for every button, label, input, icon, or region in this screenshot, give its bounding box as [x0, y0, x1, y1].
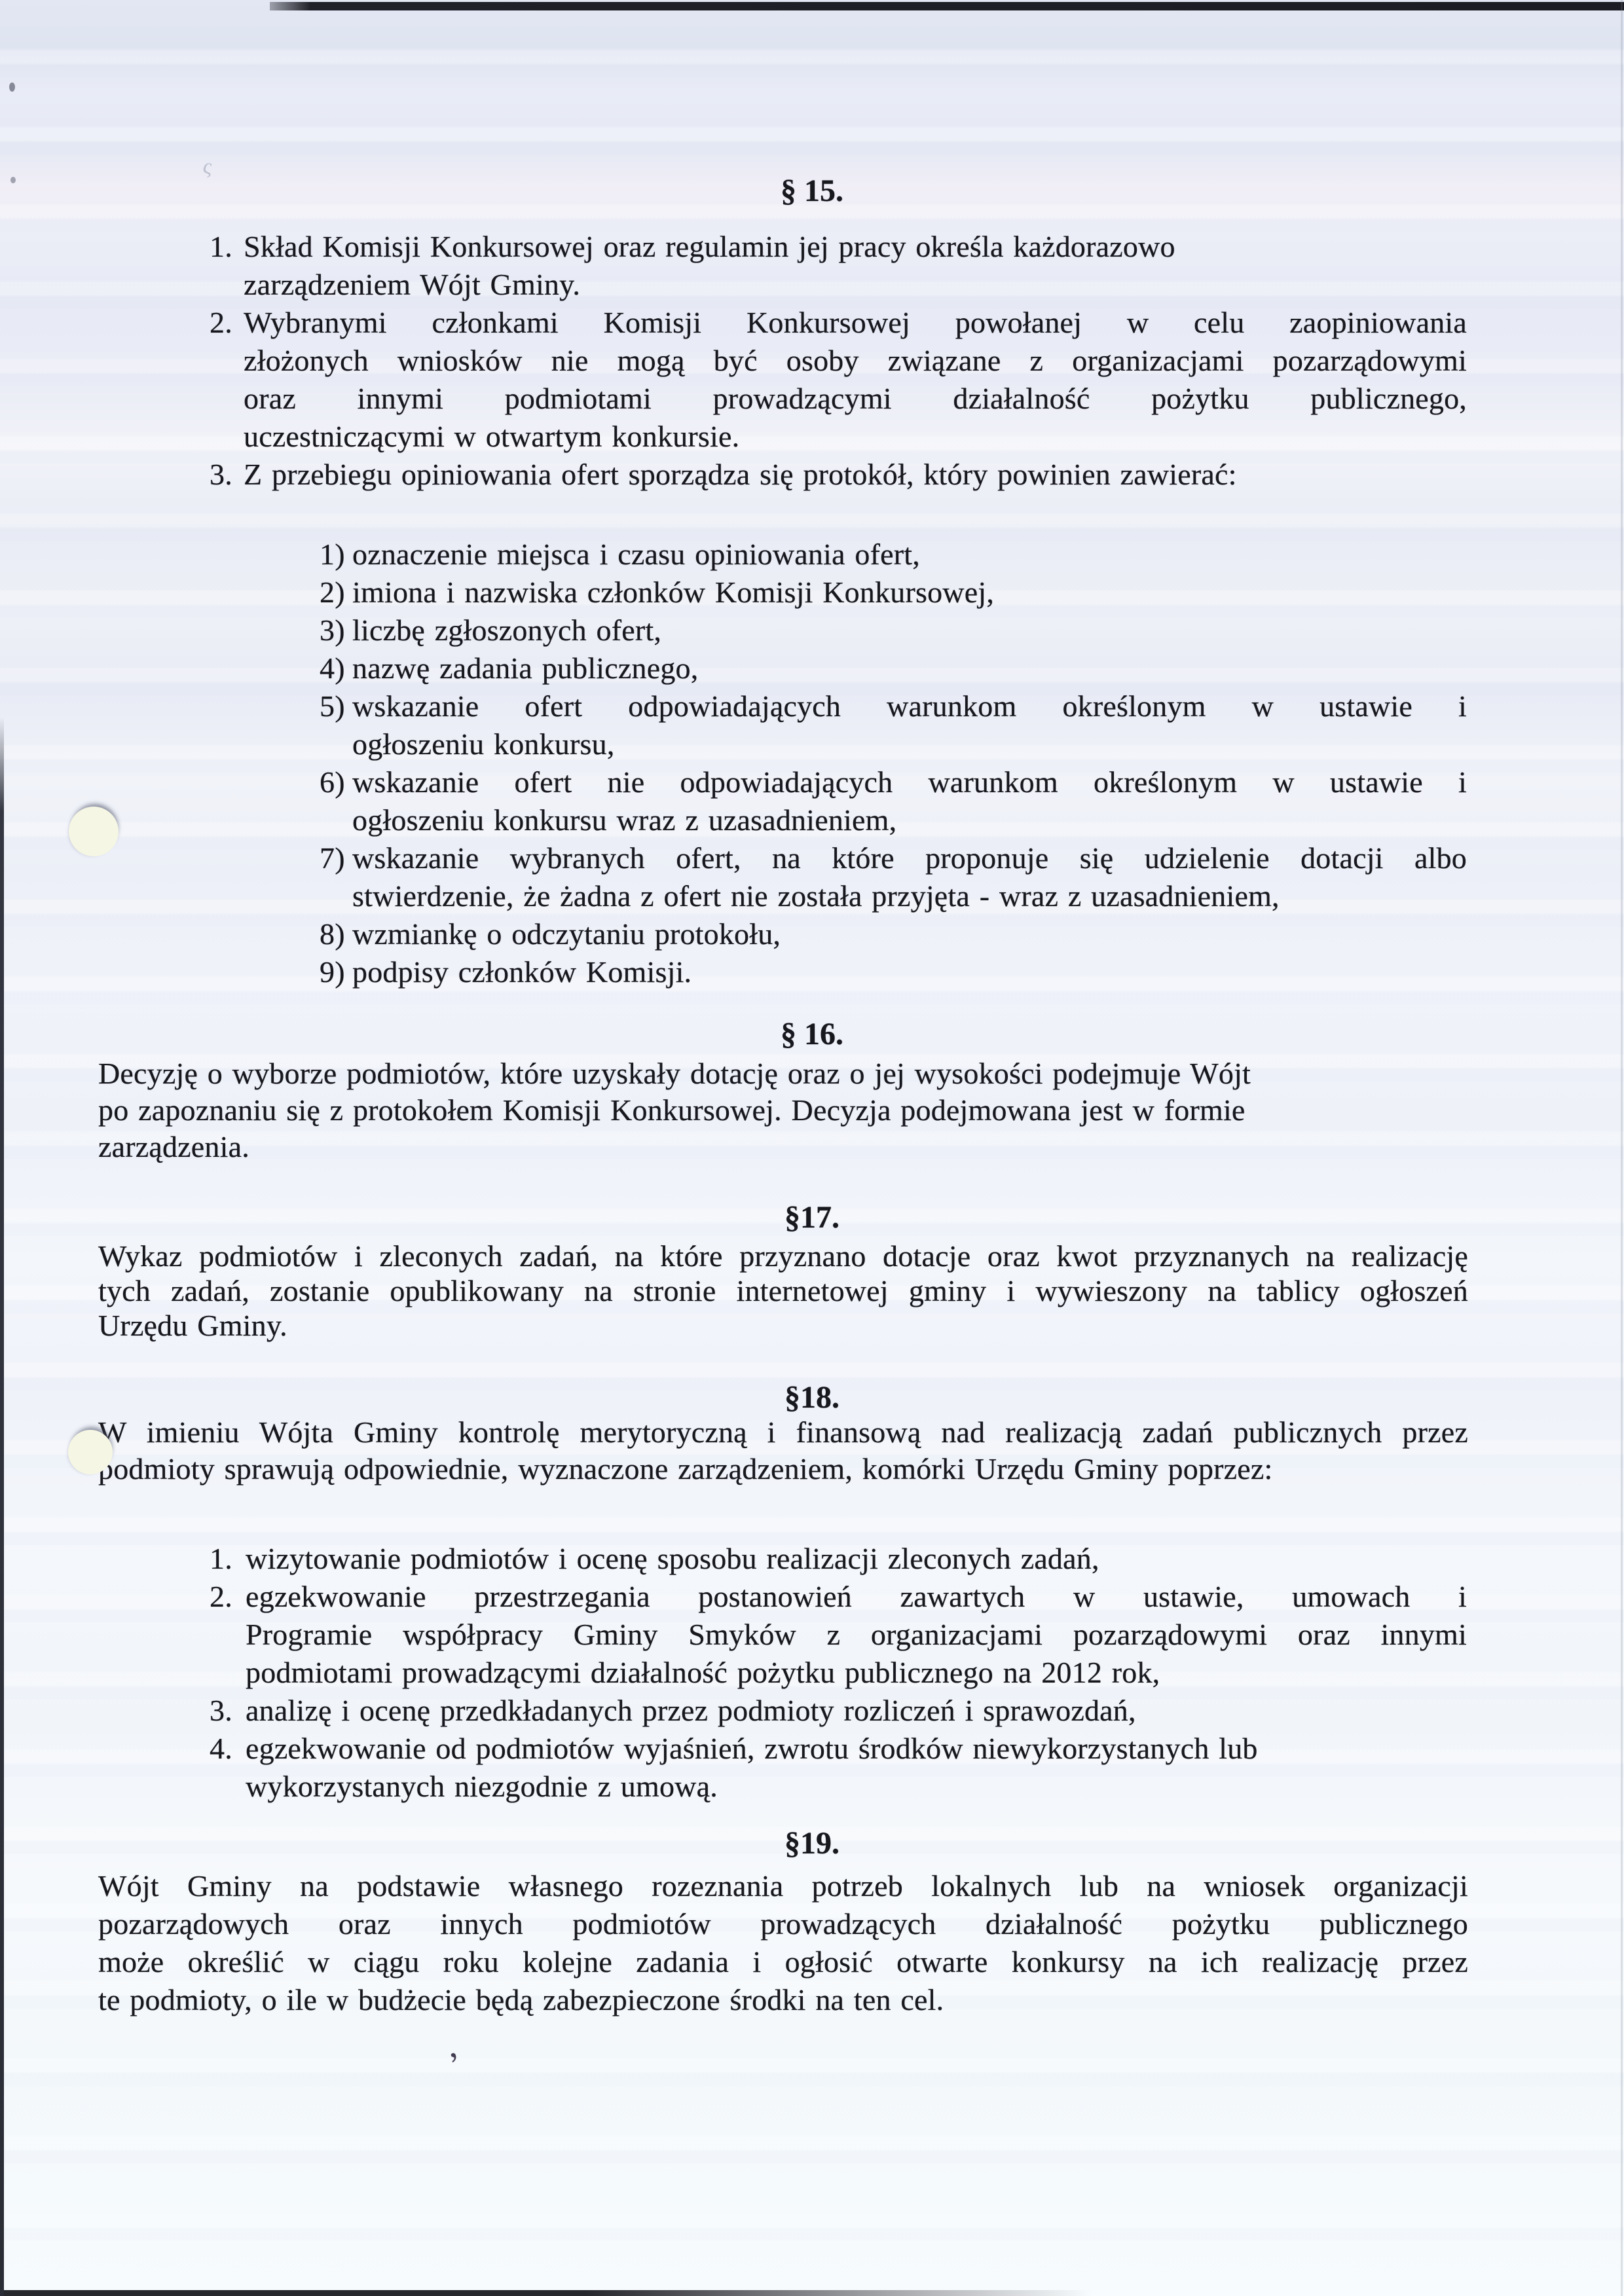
- text-line: oznaczenie miejsca i czasu opiniowania o…: [352, 536, 1467, 574]
- list-item: 4) nazwę zadania publicznego,: [320, 649, 1467, 687]
- section-15-list: 1. Skład Komisji Konkursowej oraz regula…: [210, 228, 1467, 494]
- section-heading-18: §18.: [0, 1378, 1624, 1417]
- text-line: złożonych wniosków nie mogą być osoby zw…: [244, 342, 1467, 380]
- list-item: 4. egzekwowanie od podmiotów wyjaśnień, …: [210, 1730, 1467, 1806]
- text-line: ogłoszeniu konkursu,: [352, 725, 1467, 763]
- text-line: zarządzeniem Wójt Gminy.: [244, 266, 1467, 304]
- section-heading-15: § 15.: [0, 172, 1624, 211]
- list-marker: 2.: [210, 304, 244, 342]
- list-item: 1) oznaczenie miejsca i czasu opiniowani…: [320, 536, 1467, 574]
- scan-edge-left: [0, 717, 4, 2296]
- scan-speck: [9, 82, 15, 92]
- list-item: 5) wskazanie ofert odpowiadających warun…: [320, 687, 1467, 763]
- list-item: 1. wizytowanie podmiotów i ocenę sposobu…: [210, 1540, 1467, 1578]
- ink-mark: ʼ: [445, 2045, 468, 2085]
- scanned-document-page: § 15. 1. Skład Komisji Konkursowej oraz …: [0, 0, 1624, 2296]
- text-line: po zapoznaniu się z protokołem Komisji K…: [98, 1092, 1468, 1129]
- section-heading-17: §17.: [0, 1198, 1624, 1237]
- section-18-paragraph: W imieniu Wójta Gminy kontrolę merytoryc…: [98, 1414, 1468, 1487]
- text-line: W imieniu Wójta Gminy kontrolę merytoryc…: [98, 1414, 1468, 1451]
- scan-edge-bottom: [0, 2290, 1126, 2296]
- text-line: wykorzystanych niezgodnie z umową.: [246, 1768, 1467, 1806]
- text-line: wizytowanie podmiotów i ocenę sposobu re…: [246, 1540, 1467, 1578]
- text-line: ogłoszeniu konkursu wraz z uzasadnieniem…: [352, 801, 1467, 839]
- section-19-paragraph: Wójt Gminy na podstawie własnego rozezna…: [98, 1867, 1468, 2019]
- list-marker: 2): [320, 574, 352, 611]
- list-marker: 3): [320, 611, 352, 649]
- text-line: podpisy członków Komisji.: [352, 953, 1467, 991]
- list-marker: 5): [320, 687, 352, 725]
- text-line: Wójt Gminy na podstawie własnego rozezna…: [98, 1867, 1468, 1905]
- text-line: podmiotami prowadzącymi działalność poży…: [246, 1654, 1467, 1692]
- text-line: uczestniczącymi w otwartym konkursie.: [244, 418, 1467, 456]
- text-line: stwierdzenie, że żadna z ofert nie zosta…: [352, 877, 1467, 915]
- text-line: egzekwowanie od podmiotów wyjaśnień, zwr…: [246, 1730, 1467, 1768]
- text-line: wskazanie ofert nie odpowiadających waru…: [352, 763, 1467, 801]
- text-line: pozarządowych oraz innych podmiotów prow…: [98, 1905, 1468, 1943]
- text-line: analizę i ocenę przedkładanych przez pod…: [246, 1692, 1467, 1730]
- text-line: liczbę zgłoszonych ofert,: [352, 611, 1467, 649]
- list-item: 2. Wybranymi członkami Komisji Konkursow…: [210, 304, 1467, 456]
- text-line: egzekwowanie przestrzegania postanowień …: [246, 1578, 1467, 1616]
- section-heading-19: §19.: [0, 1824, 1624, 1863]
- text-line: wzmiankę o odczytaniu protokołu,: [352, 915, 1467, 953]
- hole-punch: [68, 1430, 113, 1474]
- section-17-paragraph: Wykaz podmiotów i zleconych zadań, na kt…: [98, 1239, 1468, 1343]
- list-item: 9) podpisy członków Komisji.: [320, 953, 1467, 991]
- list-item: 1. Skład Komisji Konkursowej oraz regula…: [210, 228, 1467, 304]
- hole-punch: [69, 807, 119, 856]
- list-item: 3. analizę i ocenę przedkładanych przez …: [210, 1692, 1467, 1730]
- section-18-list: 1. wizytowanie podmiotów i ocenę sposobu…: [210, 1540, 1467, 1806]
- list-item: 2) imiona i nazwiska członków Komisji Ko…: [320, 574, 1467, 611]
- text-line: nazwę zadania publicznego,: [352, 649, 1467, 687]
- section-16-paragraph: Decyzję o wyborze podmiotów, które uzysk…: [98, 1055, 1468, 1165]
- list-marker: 6): [320, 763, 352, 801]
- list-marker: 2.: [210, 1578, 246, 1616]
- text-line: Programie współpracy Gminy Smyków z orga…: [246, 1616, 1467, 1654]
- text-line: oraz innymi podmiotami prowadzącymi dzia…: [244, 380, 1467, 418]
- text-line: Skład Komisji Konkursowej oraz regulamin…: [244, 228, 1467, 266]
- list-marker: 1.: [210, 1540, 246, 1578]
- text-line: może określić w ciągu roku kolejne zadan…: [98, 1943, 1468, 1981]
- text-line: zarządzenia.: [98, 1129, 1468, 1165]
- section-15-sublist: 1) oznaczenie miejsca i czasu opiniowani…: [320, 536, 1467, 991]
- list-item: 3) liczbę zgłoszonych ofert,: [320, 611, 1467, 649]
- text-line: tych zadań, zostanie opublikowany na str…: [98, 1273, 1468, 1308]
- list-item: 2. egzekwowanie przestrzegania postanowi…: [210, 1578, 1467, 1692]
- list-marker: 3.: [210, 1692, 246, 1730]
- text-line: wskazanie wybranych ofert, na które prop…: [352, 839, 1467, 877]
- list-marker: 9): [320, 953, 352, 991]
- scan-speck: [10, 177, 16, 183]
- list-marker: 4): [320, 649, 352, 687]
- list-marker: 7): [320, 839, 352, 877]
- text-line: wskazanie ofert odpowiadających warunkom…: [352, 687, 1467, 725]
- list-marker: 1.: [210, 228, 244, 266]
- text-line: podmioty sprawują odpowiednie, wyznaczon…: [98, 1451, 1468, 1487]
- text-line: imiona i nazwiska członków Komisji Konku…: [352, 574, 1467, 611]
- text-line: Z przebiegu opiniowania ofert sporządza …: [244, 456, 1467, 494]
- text-line: Urzędu Gminy.: [98, 1308, 1468, 1343]
- section-heading-16: § 16.: [0, 1015, 1624, 1054]
- list-item: 8) wzmiankę o odczytaniu protokołu,: [320, 915, 1467, 953]
- text-line: Wybranymi członkami Komisji Konkursowej …: [244, 304, 1467, 342]
- scan-edge-right: [1621, 0, 1623, 2296]
- list-marker: 8): [320, 915, 352, 953]
- text-line: te podmioty, o ile w budżecie będą zabez…: [98, 1981, 1468, 2019]
- list-item: 3. Z przebiegu opiniowania ofert sporząd…: [210, 456, 1467, 494]
- list-item: 6) wskazanie ofert nie odpowiadających w…: [320, 763, 1467, 839]
- text-line: Wykaz podmiotów i zleconych zadań, na kt…: [98, 1239, 1468, 1273]
- list-marker: 3.: [210, 456, 244, 494]
- text-line: Decyzję o wyborze podmiotów, które uzysk…: [98, 1055, 1468, 1092]
- scan-edge-top: [270, 2, 1624, 10]
- list-marker: 1): [320, 536, 352, 574]
- list-marker: 4.: [210, 1730, 246, 1768]
- list-item: 7) wskazanie wybranych ofert, na które p…: [320, 839, 1467, 915]
